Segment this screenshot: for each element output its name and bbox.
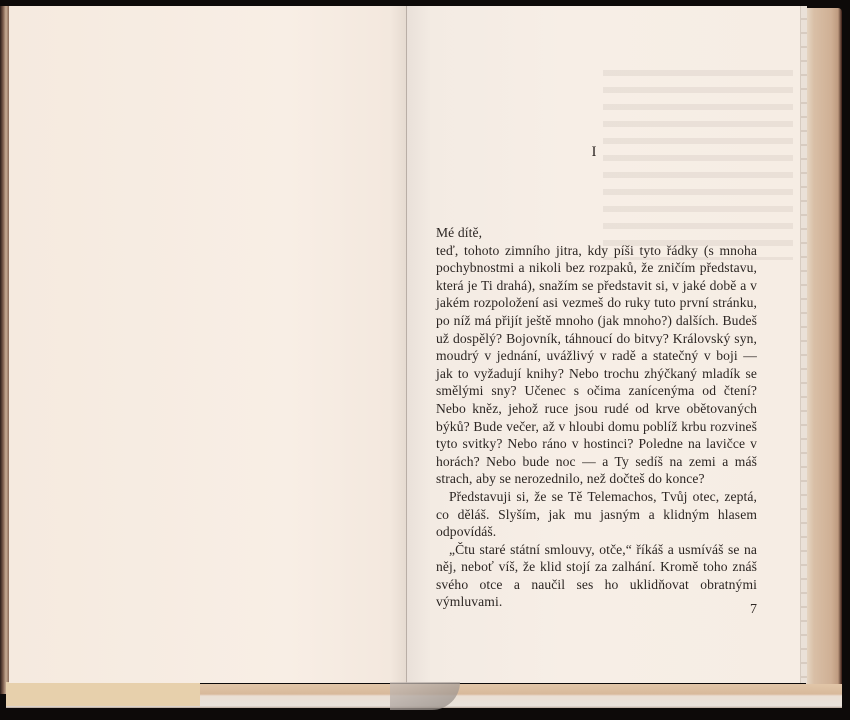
cover-right-edge bbox=[806, 8, 842, 708]
paragraph-2: Představuji si, že se Tě Telemachos, Tvů… bbox=[436, 488, 757, 541]
book-scan: I Mé dítě, teď, tohoto zimního jitra, kd… bbox=[0, 0, 850, 720]
left-page bbox=[9, 6, 406, 683]
page-number: 7 bbox=[717, 602, 757, 618]
cover-left-edge bbox=[0, 6, 9, 694]
body-text: Mé dítě, teď, tohoto zimního jitra, kdy … bbox=[436, 224, 757, 611]
paragraph-3: „Čtu staré státní smlouvy, otče,“ říkáš … bbox=[436, 541, 757, 611]
bottom-page-tab bbox=[6, 682, 200, 706]
right-page: I Mé dítě, teď, tohoto zimního jitra, kd… bbox=[406, 6, 807, 683]
page-edge-lines bbox=[800, 6, 807, 683]
salutation: Mé dítě, bbox=[436, 224, 757, 242]
paragraph-1: teď, tohoto zimního jitra, kdy píši tyto… bbox=[436, 242, 757, 488]
chapter-number: I bbox=[589, 144, 599, 161]
